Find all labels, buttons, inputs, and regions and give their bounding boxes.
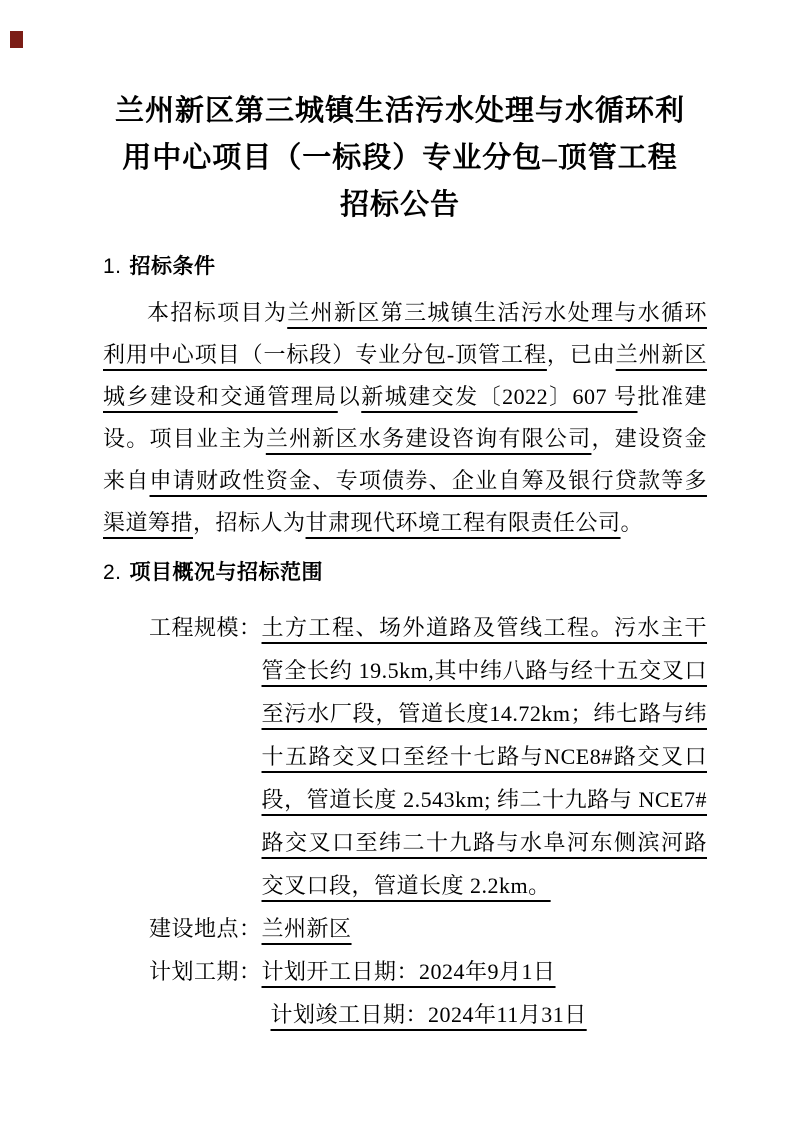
section-1-paragraph: 本招标项目为兰州新区第三城镇生活污水处理与水循环利用中心项目（一标段）专业分包-… [103,292,707,544]
location-item: 建设地点： 兰州新区 [103,907,707,950]
work-period-label: 计划工期： [149,950,262,993]
work-period-value: 计划开工日期：2024年9月1日 计划竣工日期：2024年11月31日 [262,950,707,1036]
section-1-number: 1. [103,255,122,278]
work-period-item: 计划工期： 计划开工日期：2024年9月1日 计划竣工日期：2024年11月31… [103,950,707,1036]
title-line-1: 兰州新区第三城镇生活污水处理与水循环利 [0,88,800,135]
document-page: 兰州新区第三城镇生活污水处理与水循环利 用中心项目（一标段）专业分包–顶管工程 … [0,0,800,1131]
location-value: 兰州新区 [262,907,707,950]
project-scale-item: 工程规模： 土方工程、场外道路及管线工程。污水主干管全长约 19.5km,其中纬… [103,606,707,907]
location-label: 建设地点： [149,907,262,950]
corner-mark [10,31,23,48]
project-scale-label: 工程规模： [149,606,262,649]
section-2-items: 工程规模： 土方工程、场外道路及管线工程。污水主干管全长约 19.5km,其中纬… [103,606,707,1036]
section-1-heading: 1.招标条件 [103,253,707,280]
title-line-3: 招标公告 [0,182,800,229]
project-scale-value: 土方工程、场外道路及管线工程。污水主干管全长约 19.5km,其中纬八路与经十五… [262,606,707,907]
section-1-heading-text: 招标条件 [130,255,216,278]
document-body: 1.招标条件 本招标项目为兰州新区第三城镇生活污水处理与水循环利用中心项目（一标… [103,253,707,1036]
start-date-line: 计划开工日期：2024年9月1日 [262,950,707,993]
section-2-number: 2. [103,561,122,584]
title-line-2: 用中心项目（一标段）专业分包–顶管工程 [0,135,800,182]
finish-date-line: 计划竣工日期：2024年11月31日 [262,993,707,1036]
section-2-heading-text: 项目概况与招标范围 [130,561,324,584]
section-2-heading: 2.项目概况与招标范围 [103,559,707,586]
document-title: 兰州新区第三城镇生活污水处理与水循环利 用中心项目（一标段）专业分包–顶管工程 … [0,0,800,229]
